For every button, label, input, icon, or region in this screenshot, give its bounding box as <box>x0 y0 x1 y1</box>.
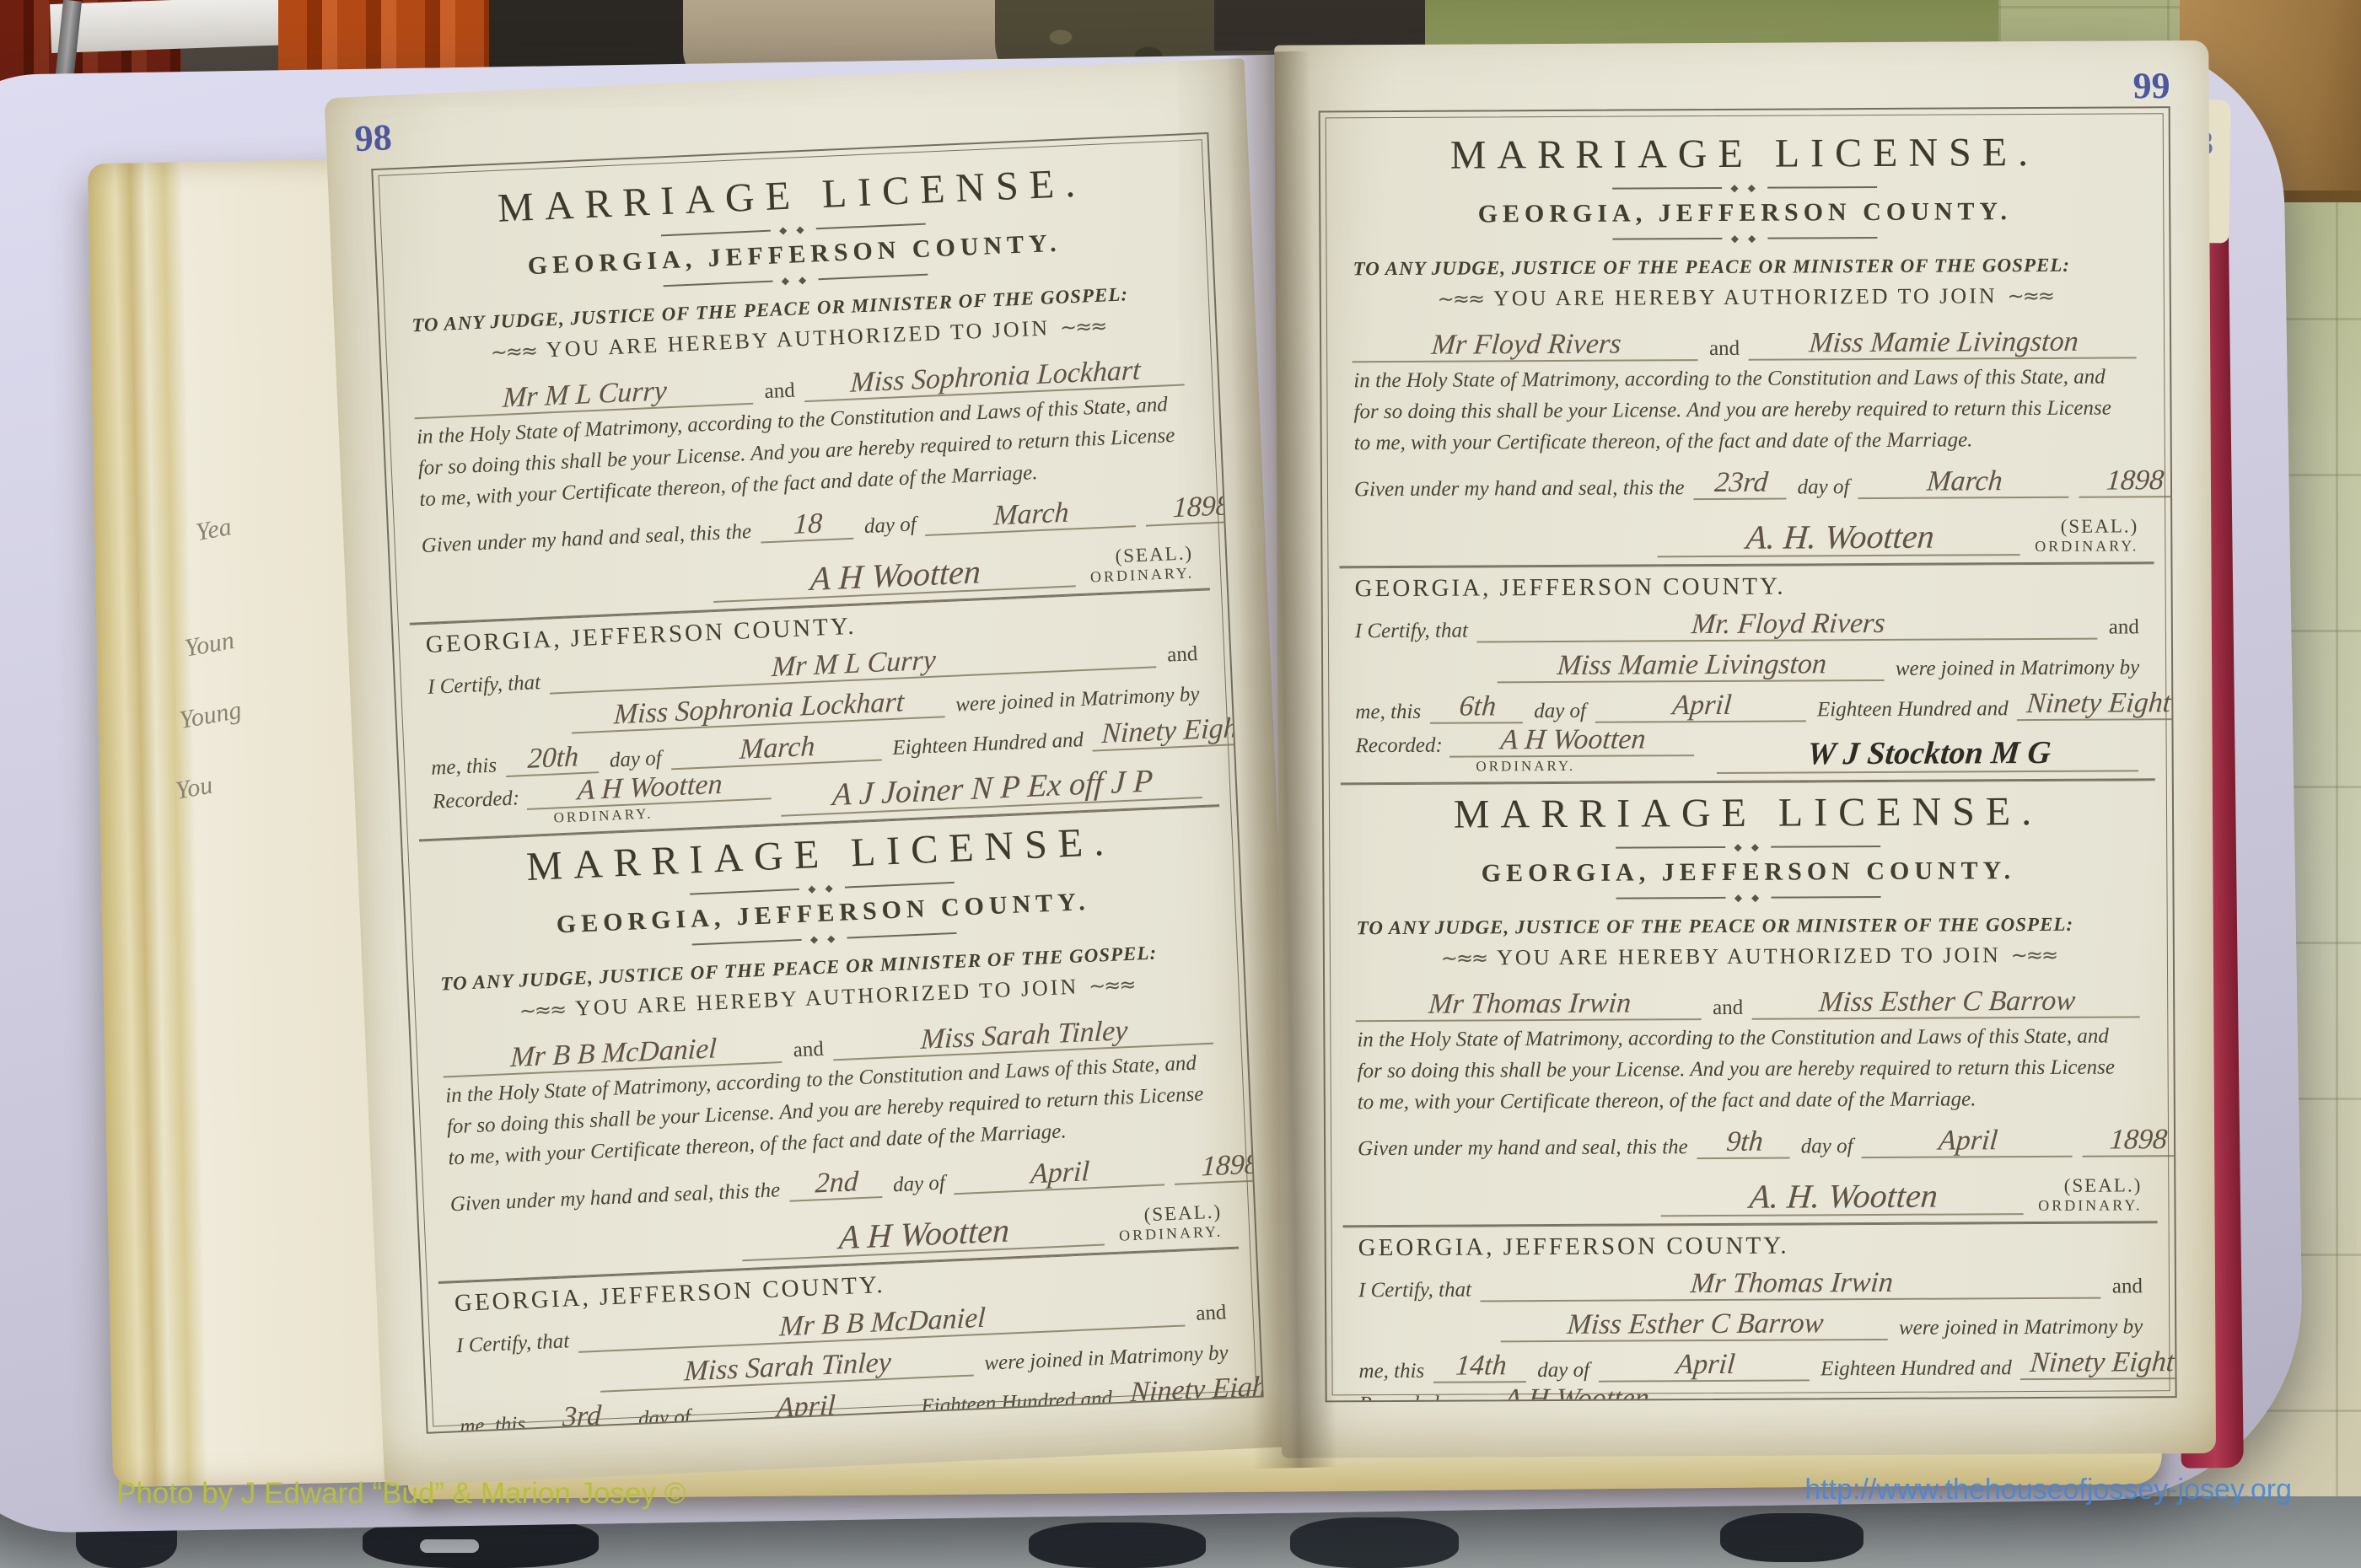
ordinary-signature: A H Wootten <box>713 550 1078 603</box>
me-this-label: me, this <box>431 754 497 780</box>
certificate-curry-lockhart: GEORGIA, JEFFERSON COUNTY. I Certify, th… <box>425 598 1203 831</box>
month-value: April <box>1595 690 1808 723</box>
year-words: Ninety Eight <box>2020 1347 2176 1380</box>
seal-label: (SEAL.) <box>2061 515 2139 537</box>
month-value: April <box>1598 1349 1811 1382</box>
seal-block: (SEAL.)ORDINARY. <box>1089 542 1194 586</box>
month-value: April <box>955 1153 1166 1195</box>
bride-name: Miss Mamie Livingston <box>1498 649 1887 683</box>
day-of-label: day of <box>1801 1135 1853 1158</box>
authorize-text: YOU ARE HEREBY AUTHORIZED TO JOIN <box>1497 942 2001 970</box>
and-label: and <box>2112 1275 2143 1298</box>
certificate-mcdaniel-tinley: GEORGIA, JEFFERSON COUNTY. I Certify, th… <box>454 1256 1232 1434</box>
day-of-label: day of <box>609 747 662 773</box>
ordinary-label: ORDINARY. <box>2038 1196 2142 1215</box>
groom-name: Mr Thomas Irwin <box>1480 1267 2103 1302</box>
bride-name: Miss Esther C Barrow <box>1501 1308 1890 1342</box>
section-divider <box>1339 561 2154 568</box>
month-value: April <box>700 1388 912 1429</box>
eighteen-label: Eighteen Hundred and <box>921 1387 1113 1419</box>
day-of-label: day of <box>863 513 917 539</box>
ordinary-label: ORDINARY. <box>2035 537 2138 556</box>
floor-object <box>1720 1513 1864 1562</box>
officiant-signature: Wm E Perryclear M G <box>1720 1395 2144 1403</box>
section-divider <box>1341 778 2155 785</box>
given-label: Given under my hand and seal, this the <box>1354 476 1685 502</box>
certify-label: I Certify, that <box>456 1329 570 1358</box>
margin-note: Young <box>177 696 244 735</box>
and-label: and <box>1713 996 1743 1020</box>
day-value: 9th <box>1697 1127 1792 1159</box>
authorize-text: YOU ARE HEREBY AUTHORIZED TO JOIN <box>1493 283 1998 311</box>
and-label: and <box>793 1038 824 1063</box>
ornament-divider <box>1357 888 2141 907</box>
body-line: to me, with your Certificate thereon, of… <box>1354 426 2138 456</box>
recorded-signature: A H Wootten <box>1449 724 1697 757</box>
officiant-signature: A J Joiner N P Ex off J P <box>809 1421 1232 1434</box>
seal-label: (SEAL.) <box>2064 1174 2143 1196</box>
squiggle-ornament <box>1438 286 1483 311</box>
body-line: for so doing this shall be your License.… <box>1358 1054 2142 1084</box>
license-title: MARRIAGE LICENSE. <box>1353 128 2137 179</box>
ordinary-label: ORDINARY. <box>1090 564 1195 586</box>
section-divider <box>1343 1221 2158 1227</box>
day-value: 14th <box>1433 1351 1529 1383</box>
seal-block: (SEAL.)ORDINARY. <box>2035 515 2138 556</box>
and-label: and <box>1709 337 1740 361</box>
ornament-divider <box>1356 837 2140 856</box>
marriage-license-irwin-barrow: MARRIAGE LICENSE. GEORGIA, JEFFERSON COU… <box>1356 787 2143 1218</box>
groom-name: Mr Thomas Irwin <box>1356 988 1704 1022</box>
month-value: March <box>926 495 1137 536</box>
body-line: in the Holy State of Matrimony, accordin… <box>1353 363 2138 394</box>
county-heading: GEORGIA, JEFFERSON COUNTY. <box>1356 856 2140 889</box>
day-value: 2nd <box>789 1166 884 1202</box>
seal-block: (SEAL.)ORDINARY. <box>1117 1200 1223 1244</box>
day-of-label: day of <box>1537 1358 1589 1382</box>
website-watermark: http://www.thehouseofjossey-josey.org <box>1804 1474 2292 1506</box>
page-number: 98 <box>354 115 393 160</box>
year-value: 1898 <box>2083 1125 2177 1157</box>
page-98-forms: MARRIAGE LICENSE. GEORGIA, JEFFERSON COU… <box>371 132 1264 1434</box>
ordinary-label: ORDINARY. <box>1119 1222 1224 1244</box>
recorded-signature: A H Wootten <box>556 1426 801 1434</box>
year-value: 1898 <box>2079 465 2177 497</box>
certificate-rivers-livingston: GEORGIA, JEFFERSON COUNTY. I Certify, th… <box>1355 571 2140 776</box>
margin-note: Youn <box>182 626 236 663</box>
recorded-label: Recorded: <box>1356 733 1443 758</box>
ordinary-signature: A. H. Wootten <box>1660 1178 2026 1216</box>
metal-foot-highlight <box>420 1539 479 1553</box>
and-label: and <box>1196 1301 1227 1326</box>
marriage-license-mcdaniel-tinley: MARRIAGE LICENSE. GEORGIA, JEFFERSON COU… <box>434 814 1223 1274</box>
and-label: and <box>1167 642 1198 668</box>
officiant-signature: W J Stockton M G <box>1717 736 2141 774</box>
address-line: TO ANY JUDGE, JUSTICE OF THE PEACE OR MI… <box>1353 254 2138 280</box>
ordinary-signature: A H Wootten <box>742 1208 1106 1261</box>
county-heading: GEORGIA, JEFFERSON COUNTY. <box>1358 1230 2143 1262</box>
year-words: Ninety Eight <box>2017 688 2176 721</box>
day-value: 18 <box>761 507 855 544</box>
day-of-label: day of <box>1798 475 1850 499</box>
open-record-book: Yea Youn Young You 3 98 MARRIAGE LICENSE… <box>86 22 2247 1521</box>
recorded-block: Recorded:A H Wootten ORDINARY. <box>1355 724 1695 776</box>
body-line: to me, with your Certificate thereon, of… <box>1358 1085 2142 1115</box>
day-value: 6th <box>1430 691 1525 723</box>
year-words: Ninety Eight <box>1121 1371 1264 1410</box>
certify-label: I Certify, that <box>1355 620 1468 644</box>
marriage-license-curry-lockhart: MARRIAGE LICENSE. GEORGIA, JEFFERSON COU… <box>406 156 1194 615</box>
joined-label: were joined in Matrimony by <box>1896 656 2139 681</box>
day-of-label: day of <box>892 1171 945 1197</box>
ornament-divider <box>1353 228 2137 248</box>
squiggle-ornament <box>1441 945 1487 970</box>
year-words: Ninety Eight <box>1093 712 1255 751</box>
joined-label: were joined in Matrimony by <box>1899 1315 2143 1340</box>
seal-label: (SEAL.) <box>1143 1200 1223 1226</box>
ordinary-label: ORDINARY. <box>553 805 653 826</box>
floor-object <box>1029 1522 1206 1568</box>
seal-label: (SEAL.) <box>1115 542 1194 567</box>
certify-label: I Certify, that <box>1358 1278 1471 1302</box>
month-value: April <box>1862 1125 2075 1158</box>
recorded-signature: A H Wootten <box>1453 1383 1700 1403</box>
certify-label: I Certify, that <box>428 671 541 700</box>
ordinary-signature: A. H. Wootten <box>1657 518 2023 557</box>
eighteen-label: Eighteen Hundred and <box>1820 1356 2012 1381</box>
day-of-label: day of <box>637 1405 691 1431</box>
squiggle-ornament <box>1088 971 1135 998</box>
seal-block: (SEAL.)ORDINARY. <box>2038 1174 2142 1215</box>
ordinary-label: ORDINARY. <box>1476 758 1575 776</box>
bride-name: Miss Esther C Barrow <box>1752 985 2143 1019</box>
month-value: March <box>1858 466 2072 499</box>
me-this-label: me, this <box>1358 1360 1424 1383</box>
county-heading: GEORGIA, JEFFERSON COUNTY. <box>1355 571 2139 603</box>
and-label: and <box>764 379 795 405</box>
squiggle-ornament <box>2011 942 2057 968</box>
day-value: 23rd <box>1693 468 1788 500</box>
book-page-99: 99 MARRIAGE LICENSE. GEORGIA, JEFFERSON … <box>1274 40 2216 1458</box>
given-label: Given under my hand and seal, this the <box>1358 1136 1688 1161</box>
year-value: 1898 <box>1175 1148 1263 1184</box>
bride-name: Miss Mamie Livingston <box>1749 327 2139 361</box>
marriage-license-rivers-livingston: MARRIAGE LICENSE. GEORGIA, JEFFERSON COU… <box>1353 128 2139 559</box>
recorded-block: Recorded:A H Wootten ORDINARY. <box>1359 1383 1699 1403</box>
squiggle-ornament <box>2008 283 2053 309</box>
body-line: for so doing this shall be your License.… <box>1353 395 2138 425</box>
groom-name: Mr. Floyd Rivers <box>1476 608 2100 643</box>
certificate-irwin-barrow: GEORGIA, JEFFERSON COUNTY. I Certify, th… <box>1358 1230 2143 1402</box>
day-of-label: day of <box>1534 700 1586 723</box>
squiggle-ornament <box>490 338 537 365</box>
groom-name: Mr Floyd Rivers <box>1353 329 1701 362</box>
year-value: 1898 <box>1146 490 1257 526</box>
authorize-line: YOU ARE HEREBY AUTHORIZED TO JOIN <box>1357 942 2141 971</box>
body-line: in the Holy State of Matrimony, accordin… <box>1357 1023 2141 1053</box>
license-title: MARRIAGE LICENSE. <box>1356 787 2140 838</box>
squiggle-ornament <box>1059 313 1106 340</box>
squiggle-ornament <box>519 996 566 1023</box>
margin-note: You <box>174 771 215 806</box>
floor-object <box>1290 1517 1459 1568</box>
eighteen-label: Eighteen Hundred and <box>1817 697 2009 722</box>
white-cloth <box>50 0 296 53</box>
photo-of-marriage-record-book: Yea Youn Young You 3 98 MARRIAGE LICENSE… <box>0 0 2361 1568</box>
county-heading: GEORGIA, JEFFERSON COUNTY. <box>1353 196 2137 229</box>
recorded-label: Recorded: <box>1359 1393 1446 1402</box>
authorize-line: YOU ARE HEREBY AUTHORIZED TO JOIN <box>1353 282 2138 312</box>
and-label: and <box>2109 615 2139 639</box>
me-this-label: me, this <box>460 1412 526 1433</box>
recorded-label: Recorded: <box>432 787 519 814</box>
margin-note: Yea <box>194 513 234 547</box>
day-value: 20th <box>506 741 600 777</box>
page-number: 99 <box>2132 64 2170 107</box>
photo-credit-watermark: Photo by J Edward “Bud” & Marion Josey © <box>116 1477 686 1511</box>
day-value: 3rd <box>535 1399 629 1434</box>
address-line: TO ANY JUDGE, JUSTICE OF THE PEACE OR MI… <box>1357 913 2141 939</box>
page-99-forms: MARRIAGE LICENSE. GEORGIA, JEFFERSON COU… <box>1319 106 2177 1402</box>
ornament-divider <box>1353 178 2137 197</box>
book-page-98: 98 MARRIAGE LICENSE. GEORGIA, JEFFERSON … <box>325 58 1305 1486</box>
me-this-label: me, this <box>1355 701 1421 724</box>
